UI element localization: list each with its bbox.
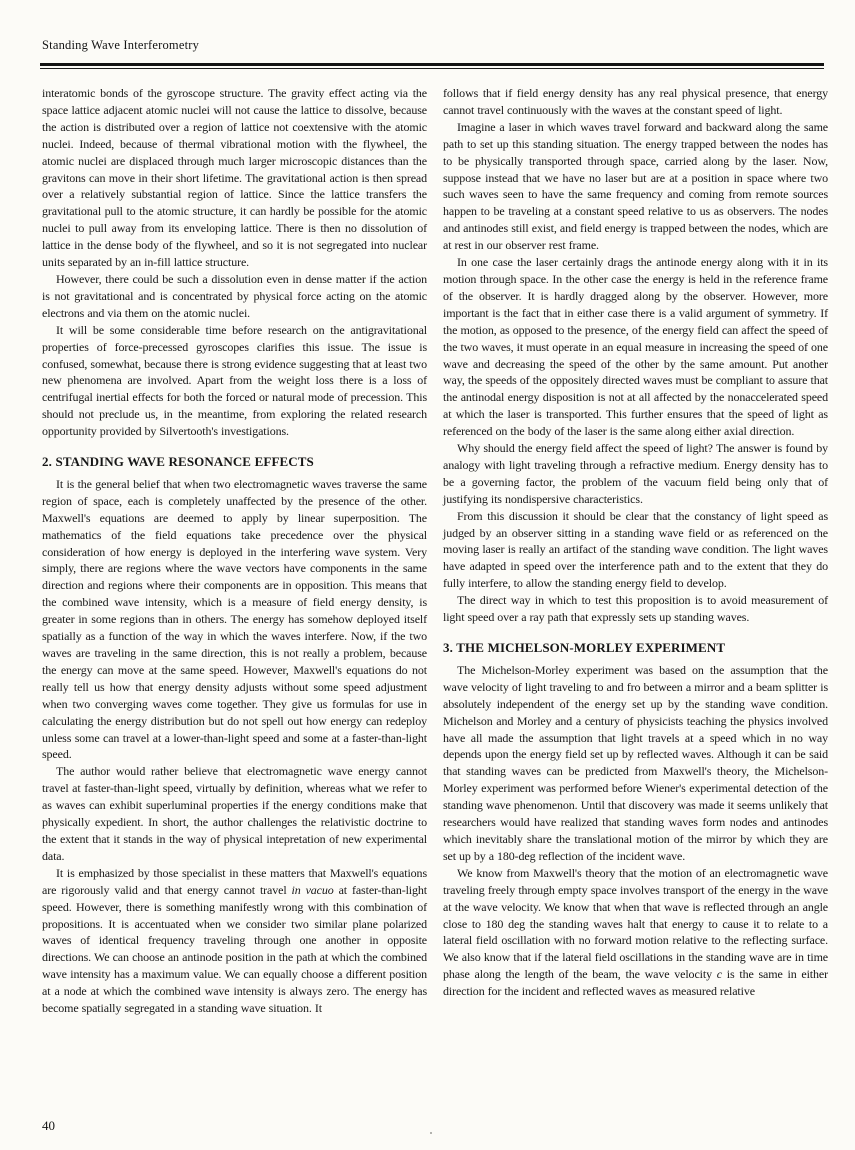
header-rule-thin-line <box>40 68 824 69</box>
scan-artifact-speck <box>430 1132 432 1134</box>
running-head: Standing Wave Interferometry <box>42 38 199 53</box>
paragraph-imagine-laser: Imagine a laser in which waves travel fo… <box>443 119 828 254</box>
paragraph-mm-experiment: The Michelson-Morley experiment was base… <box>443 662 828 865</box>
paragraph-we-know-text-pre: We know from Maxwell's theory that the m… <box>443 866 828 981</box>
paragraph-from-discussion: From this discussion it should be clear … <box>443 508 828 593</box>
two-column-body: interatomic bonds of the gyroscope struc… <box>42 85 828 1017</box>
right-column: follows that if field energy density has… <box>443 85 828 1017</box>
scanned-paper-page: Standing Wave Interferometry interatomic… <box>0 0 855 1150</box>
paragraph-one-case-laser: In one case the laser certainly drags th… <box>443 254 828 440</box>
paragraph-follows-field-energy: follows that if field energy density has… <box>443 85 828 119</box>
section-heading-standing-wave-resonance: 2. STANDING WAVE RESONANCE EFFECTS <box>42 454 427 471</box>
section-heading-michelson-morley: 3. THE MICHELSON-MORLEY EXPERIMENT <box>443 640 828 657</box>
paragraph-research-time: It will be some considerable time before… <box>42 322 427 440</box>
header-double-rule <box>40 63 824 69</box>
paragraph-direct-way: The direct way in which to test this pro… <box>443 592 828 626</box>
paragraph-author-belief: The author would rather believe that ele… <box>42 763 427 864</box>
left-column: interatomic bonds of the gyroscope struc… <box>42 85 427 1017</box>
latin-phrase-in-vacuo: in vacuo <box>292 883 334 897</box>
paragraph-continuation-gyroscope: interatomic bonds of the gyroscope struc… <box>42 85 427 271</box>
paragraph-emphasized-specialists: It is emphasized by those specialist in … <box>42 865 427 1017</box>
page-number: 40 <box>42 1118 55 1134</box>
paragraph-general-belief: It is the general belief that when two e… <box>42 476 427 763</box>
paragraph-emphasized-text-post: at faster-than-light speed. However, the… <box>42 883 427 1015</box>
paragraph-we-know-maxwell: We know from Maxwell's theory that the m… <box>443 865 828 1000</box>
paragraph-dissolution: However, there could be such a dissoluti… <box>42 271 427 322</box>
paragraph-why-energy-field: Why should the energy field affect the s… <box>443 440 828 508</box>
header-rule-thick-line <box>40 63 824 66</box>
